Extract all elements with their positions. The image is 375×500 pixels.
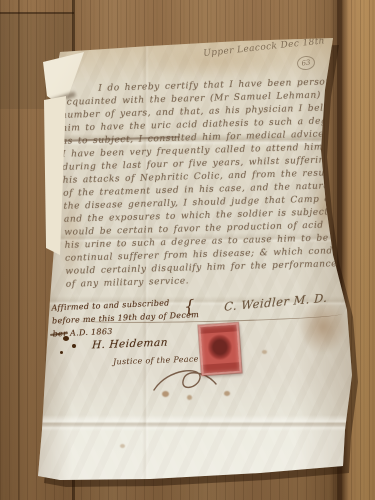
foxing-spot bbox=[120, 444, 125, 448]
pen-brace-mark: { bbox=[183, 297, 195, 318]
ink-blot bbox=[60, 351, 63, 354]
foxing-spot bbox=[224, 391, 230, 396]
ink-blot bbox=[63, 336, 69, 341]
photo-scene: Upper Leacock Dec 18th 63 I do hereby ce… bbox=[0, 0, 375, 500]
justice-signature: H. Heideman bbox=[92, 337, 169, 352]
revenue-stamp bbox=[198, 323, 241, 376]
manuscript-body: I do hereby certify that I have been per… bbox=[60, 76, 338, 292]
foxing-spot bbox=[262, 350, 267, 354]
ink-blot bbox=[72, 344, 76, 348]
